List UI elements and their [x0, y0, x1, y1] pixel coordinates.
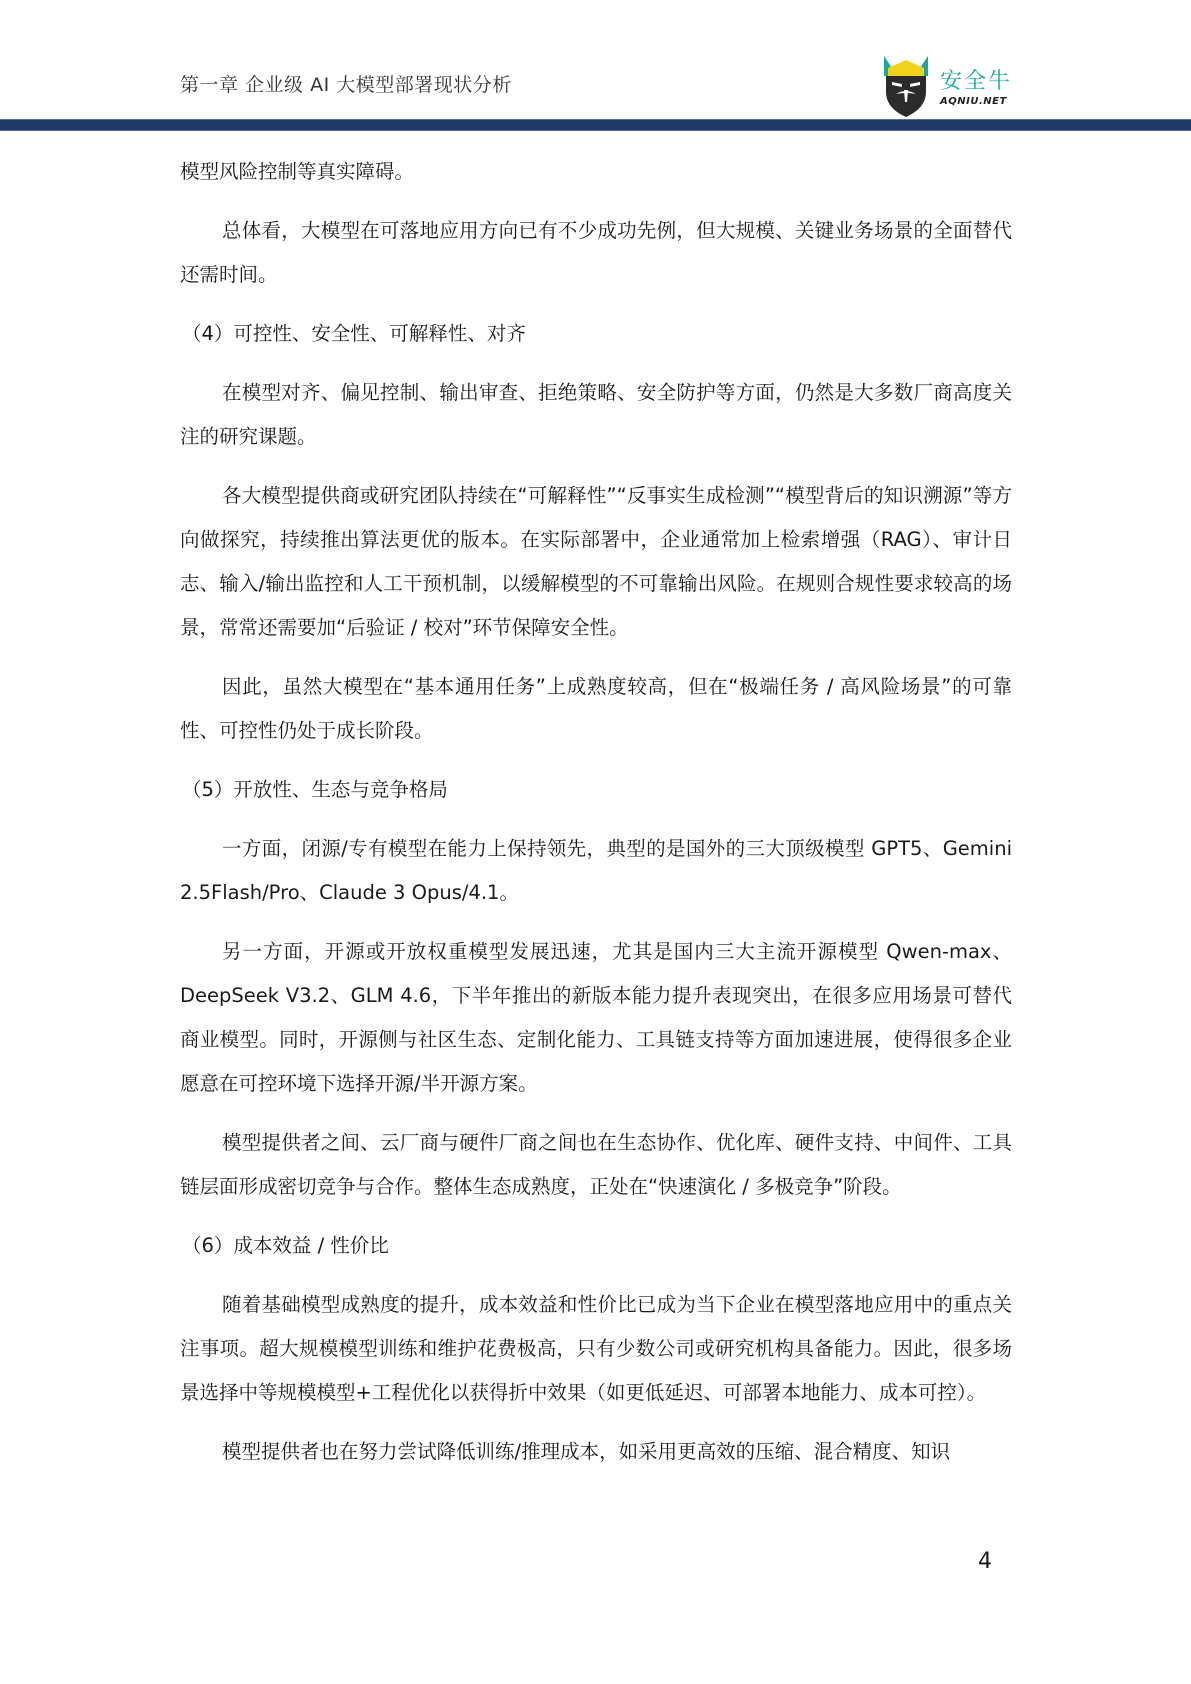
paragraph: 各大模型提供商或研究团队持续在“可解释性”“反事实生成检测”“模型背后的知识溯源… — [180, 474, 1012, 650]
section-heading-6: （6）成本效益 / 性价比 — [180, 1224, 1012, 1268]
paragraph: 在模型对齐、偏见控制、输出审查、拒绝策略、安全防护等方面，仍然是大多数厂商高度关… — [180, 371, 1012, 459]
logo: 安全牛 AQNIU.NET — [882, 54, 1032, 120]
header-divider-bar — [0, 119, 1191, 131]
paragraph: 模型风险控制等真实障碍。 — [180, 150, 1012, 194]
section-heading-4: （4）可控性、安全性、可解释性、对齐 — [180, 312, 1012, 356]
paragraph: 一方面，闭源/专有模型在能力上保持领先，典型的是国外的三大顶级模型 GPT5、G… — [180, 827, 1012, 915]
page-header: 第一章 企业级 AI 大模型部署现状分析 安全牛 AQNIU.NET — [0, 0, 1191, 132]
paragraph: 随着基础模型成熟度的提升，成本效益和性价比已成为当下企业在模型落地应用中的重点关… — [180, 1283, 1012, 1415]
logo-name-en: AQNIU.NET — [940, 96, 1007, 107]
paragraph: 另一方面，开源或开放权重模型发展迅速，尤其是国内三大主流开源模型 Qwen-ma… — [180, 930, 1012, 1106]
chapter-title: 第一章 企业级 AI 大模型部署现状分析 — [180, 70, 512, 97]
paragraph: 因此，虽然大模型在“基本通用任务”上成熟度较高，但在“极端任务 / 高风险场景”… — [180, 665, 1012, 753]
page-content: 模型风险控制等真实障碍。 总体看，大模型在可落地应用方向已有不少成功先例，但大规… — [180, 150, 1012, 1489]
page-number: 4 — [978, 1549, 992, 1574]
paragraph: 模型提供者也在努力尝试降低训练/推理成本，如采用更高效的压缩、混合精度、知识 — [180, 1430, 1012, 1474]
logo-name-cn: 安全牛 — [940, 64, 1012, 95]
paragraph: 模型提供者之间、云厂商与硬件厂商之间也在生态协作、优化库、硬件支持、中间件、工具… — [180, 1121, 1012, 1209]
section-heading-5: （5）开放性、生态与竞争格局 — [180, 768, 1012, 812]
knight-helmet-shield-icon — [882, 54, 930, 118]
paragraph: 总体看，大模型在可落地应用方向已有不少成功先例，但大规模、关键业务场景的全面替代… — [180, 209, 1012, 297]
